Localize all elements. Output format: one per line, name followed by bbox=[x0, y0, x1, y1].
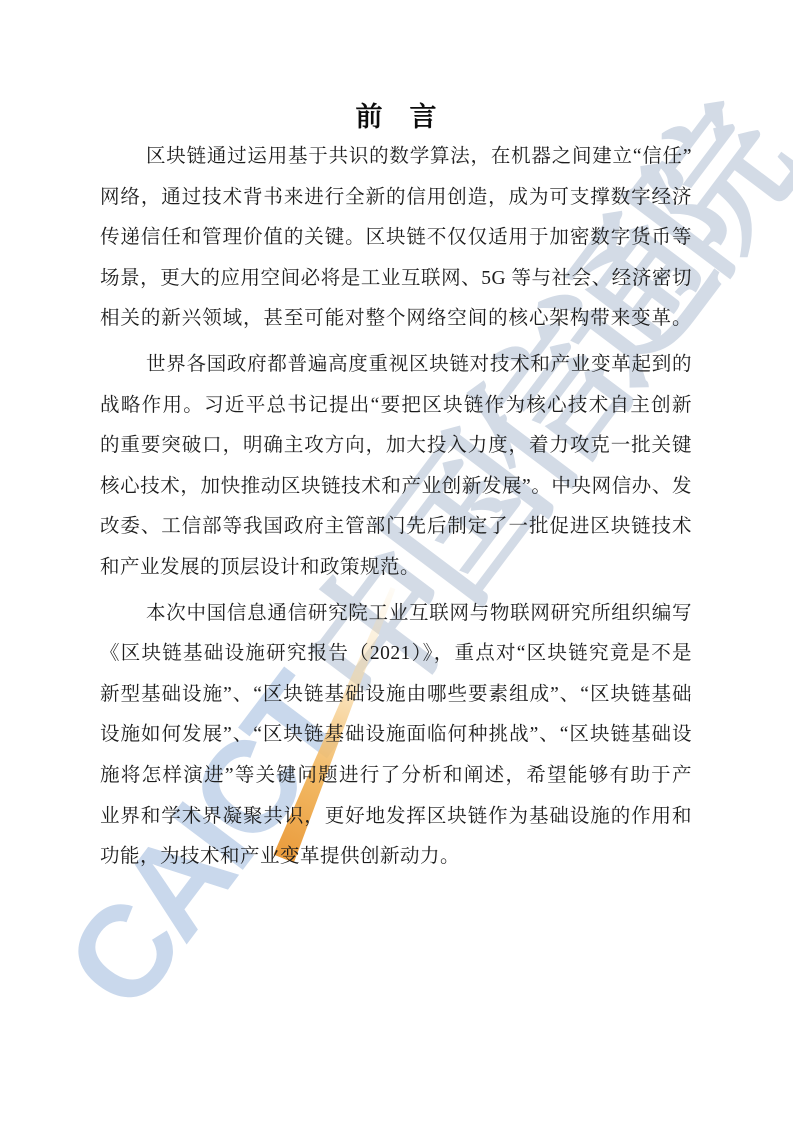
text-line: 功能，为技术和产业变革提供创新动力。 bbox=[100, 837, 692, 878]
text-line: 网络，通过技术背书来进行全新的信用创造，成为可支撑数字经济 bbox=[100, 178, 692, 219]
document-page: CAICT 中国信通院 前 言 区块链通过运用基于共识的数学算法，在机器之间建立… bbox=[0, 0, 793, 1122]
text-line: 核心技术，加快推动区块链技术和产业创新发展”。中央网信办、发 bbox=[100, 467, 692, 508]
text-line: 本次中国信息通信研究院工业互联网与物联网研究所组织编写 bbox=[100, 594, 692, 635]
text-line: 新型基础设施”、“区块链基础设施由哪些要素组成”、“区块链基础 bbox=[100, 675, 692, 716]
text-line: 改委、工信部等我国政府主管部门先后制定了一批促进区块链技术 bbox=[100, 507, 692, 548]
text-line: 《区块链基础设施研究报告（2021）》，重点对“区块链究竟是不是 bbox=[100, 634, 692, 675]
text-line: 世界各国政府都普遍高度重视区块链对技术和产业变革起到的 bbox=[100, 345, 692, 386]
text-line: 业界和学术界凝聚共识，更好地发挥区块链作为基础设施的作用和 bbox=[100, 797, 692, 838]
text-line: 的重要突破口，明确主攻方向，加大投入力度，着力攻克一批关键 bbox=[100, 426, 692, 467]
text-line: 场景，更大的应用空间必将是工业互联网、5G 等与社会、经济密切 bbox=[100, 259, 692, 300]
text-line: 战略作用。习近平总书记提出“要把区块链作为核心技术自主创新 bbox=[100, 386, 692, 427]
paragraph-3: 本次中国信息通信研究院工业互联网与物联网研究所组织编写 《区块链基础设施研究报告… bbox=[100, 594, 692, 878]
text-line: 相关的新兴领域，甚至可能对整个网络空间的核心架构带来变革。 bbox=[100, 299, 692, 340]
page-title: 前 言 bbox=[100, 103, 692, 131]
text-line: 区块链通过运用基于共识的数学算法，在机器之间建立“信任” bbox=[100, 137, 692, 178]
paragraph-1: 区块链通过运用基于共识的数学算法，在机器之间建立“信任” 网络，通过技术背书来进… bbox=[100, 137, 692, 340]
text-line: 和产业发展的顶层设计和政策规范。 bbox=[100, 548, 692, 589]
page-content: 前 言 区块链通过运用基于共识的数学算法，在机器之间建立“信任” 网络，通过技术… bbox=[100, 0, 692, 878]
text-line: 传递信任和管理价值的关键。区块链不仅仅适用于加密数字货币等 bbox=[100, 218, 692, 259]
text-line: 施将怎样演进”等关键问题进行了分析和阐述，希望能够有助于产 bbox=[100, 756, 692, 797]
paragraph-2: 世界各国政府都普遍高度重视区块链对技术和产业变革起到的 战略作用。习近平总书记提… bbox=[100, 345, 692, 589]
text-line: 设施如何发展”、“区块链基础设施面临何种挑战”、“区块链基础设 bbox=[100, 715, 692, 756]
